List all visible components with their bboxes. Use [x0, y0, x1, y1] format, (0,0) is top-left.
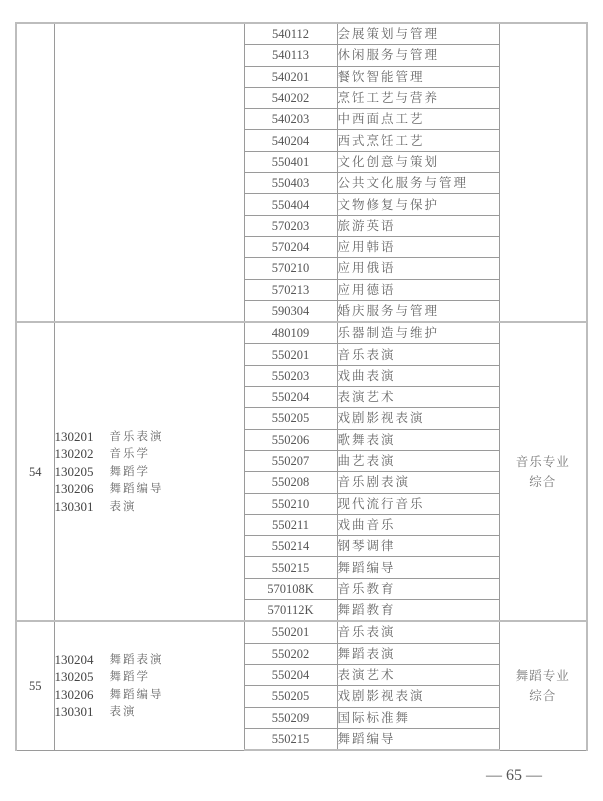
vocational-major-code: 550201: [244, 621, 337, 643]
major-name: 舞蹈编导: [110, 480, 164, 498]
table-row: 55130204舞蹈表演130205舞蹈学130206舞蹈编导130301表演5…: [16, 621, 587, 643]
vocational-major-name: 婚庆服务与管理: [337, 300, 499, 322]
vocational-major-code: 480109: [244, 322, 337, 344]
vocational-major-code: 540201: [244, 66, 337, 87]
major-correspondence-table: 540112会展策划与管理540113休闲服务与管理540201餐饮智能管理54…: [15, 22, 588, 751]
vocational-major-code: 550205: [244, 686, 337, 707]
section-number: [16, 23, 54, 322]
vocational-major-name: 中西面点工艺: [337, 109, 499, 130]
vocational-major-code: 540112: [244, 23, 337, 45]
vocational-major-name: 舞蹈编导: [337, 557, 499, 578]
major-name: 舞蹈学: [110, 463, 151, 481]
vocational-major-code: 570213: [244, 279, 337, 300]
vocational-major-name: 文物修复与保护: [337, 194, 499, 215]
vocational-major-code: 550205: [244, 408, 337, 429]
major-name: 表演: [110, 498, 137, 516]
exam-subject-line: 综合: [500, 472, 587, 492]
vocational-major-name: 舞蹈教育: [337, 600, 499, 622]
vocational-major-name: 西式烹饪工艺: [337, 130, 499, 151]
vocational-major-code: 550203: [244, 365, 337, 386]
vocational-major-code: 570108K: [244, 578, 337, 599]
vocational-major-code: 550215: [244, 728, 337, 750]
vocational-major-name: 音乐教育: [337, 578, 499, 599]
vocational-major-code: 550202: [244, 643, 337, 664]
vocational-major-code: 550214: [244, 536, 337, 557]
exam-subject-line: 综合: [500, 686, 587, 706]
major-item: 130205舞蹈学: [55, 668, 244, 686]
vocational-major-code: 550211: [244, 514, 337, 535]
vocational-major-code: 550208: [244, 472, 337, 493]
vocational-major-name: 应用德语: [337, 279, 499, 300]
exam-subject-cell: 音乐专业综合: [499, 322, 587, 621]
vocational-major-code: 550204: [244, 664, 337, 685]
major-item: 130301表演: [55, 498, 244, 516]
vocational-major-name: 乐器制造与维护: [337, 322, 499, 344]
vocational-major-name: 戏曲表演: [337, 365, 499, 386]
vocational-major-name: 舞蹈编导: [337, 728, 499, 750]
vocational-major-name: 音乐表演: [337, 344, 499, 365]
vocational-major-code: 540113: [244, 45, 337, 66]
major-name: 音乐学: [110, 445, 151, 463]
table-row: 54130201音乐表演130202音乐学130205舞蹈学130206舞蹈编导…: [16, 322, 587, 344]
major-item: 130206舞蹈编导: [55, 480, 244, 498]
vocational-major-code: 540204: [244, 130, 337, 151]
vocational-major-name: 文化创意与策划: [337, 151, 499, 172]
vocational-major-code: 550209: [244, 707, 337, 728]
vocational-major-name: 音乐表演: [337, 621, 499, 643]
vocational-major-name: 餐饮智能管理: [337, 66, 499, 87]
vocational-major-name: 表演艺术: [337, 664, 499, 685]
undergraduate-majors-cell: 130204舞蹈表演130205舞蹈学130206舞蹈编导130301表演: [54, 621, 244, 750]
vocational-major-code: 550204: [244, 387, 337, 408]
undergraduate-majors-cell: 130201音乐表演130202音乐学130205舞蹈学130206舞蹈编导13…: [54, 322, 244, 621]
vocational-major-code: 550206: [244, 429, 337, 450]
vocational-major-name: 应用俄语: [337, 258, 499, 279]
exam-subject-line: 舞蹈专业: [500, 666, 587, 686]
major-code: 130301: [55, 703, 110, 721]
vocational-major-name: 会展策划与管理: [337, 23, 499, 45]
major-code: 130205: [55, 463, 110, 481]
major-item: 130201音乐表演: [55, 428, 244, 446]
major-item: 130205舞蹈学: [55, 463, 244, 481]
vocational-major-name: 旅游英语: [337, 215, 499, 236]
major-code: 130201: [55, 428, 110, 446]
major-name: 舞蹈学: [110, 668, 151, 686]
exam-subject-line: 音乐专业: [500, 452, 587, 472]
vocational-major-name: 戏剧影视表演: [337, 408, 499, 429]
vocational-major-name: 休闲服务与管理: [337, 45, 499, 66]
table-body: 540112会展策划与管理540113休闲服务与管理540201餐饮智能管理54…: [16, 23, 587, 750]
major-code: 130206: [55, 686, 110, 704]
major-code: 130206: [55, 480, 110, 498]
exam-subject-cell: 舞蹈专业综合: [499, 621, 587, 750]
vocational-major-name: 舞蹈表演: [337, 643, 499, 664]
major-code: 130204: [55, 651, 110, 669]
table-row: 540112会展策划与管理: [16, 23, 587, 45]
vocational-major-code: 570210: [244, 258, 337, 279]
vocational-major-name: 应用韩语: [337, 236, 499, 257]
vocational-major-code: 550215: [244, 557, 337, 578]
major-name: 音乐表演: [110, 428, 164, 446]
exam-subject-cell: [499, 23, 587, 322]
vocational-major-code: 570203: [244, 215, 337, 236]
vocational-major-name: 现代流行音乐: [337, 493, 499, 514]
vocational-major-code: 550207: [244, 450, 337, 471]
vocational-major-code: 570204: [244, 236, 337, 257]
major-item: 130206舞蹈编导: [55, 686, 244, 704]
major-item: 130301表演: [55, 703, 244, 721]
major-name: 舞蹈编导: [110, 686, 164, 704]
undergraduate-majors-cell: [54, 23, 244, 322]
vocational-major-code: 550201: [244, 344, 337, 365]
vocational-major-code: 540202: [244, 87, 337, 108]
major-name: 表演: [110, 703, 137, 721]
vocational-major-code: 550401: [244, 151, 337, 172]
major-code: 130202: [55, 445, 110, 463]
vocational-major-code: 550403: [244, 173, 337, 194]
vocational-major-name: 歌舞表演: [337, 429, 499, 450]
vocational-major-name: 曲艺表演: [337, 450, 499, 471]
major-item: 130204舞蹈表演: [55, 651, 244, 669]
vocational-major-name: 钢琴调律: [337, 536, 499, 557]
vocational-major-code: 540203: [244, 109, 337, 130]
vocational-major-code: 550404: [244, 194, 337, 215]
section-number: 55: [16, 621, 54, 750]
major-code: 130301: [55, 498, 110, 516]
section-number: 54: [16, 322, 54, 621]
major-code: 130205: [55, 668, 110, 686]
vocational-major-name: 公共文化服务与管理: [337, 173, 499, 194]
vocational-major-name: 表演艺术: [337, 387, 499, 408]
vocational-major-name: 烹饪工艺与营养: [337, 87, 499, 108]
page-number: — 65 —: [486, 767, 542, 785]
vocational-major-name: 国际标准舞: [337, 707, 499, 728]
document-page: 540112会展策划与管理540113休闲服务与管理540201餐饮智能管理54…: [0, 0, 603, 801]
vocational-major-code: 590304: [244, 300, 337, 322]
major-item: 130202音乐学: [55, 445, 244, 463]
vocational-major-name: 戏剧影视表演: [337, 686, 499, 707]
vocational-major-code: 550210: [244, 493, 337, 514]
vocational-major-name: 音乐剧表演: [337, 472, 499, 493]
vocational-major-code: 570112K: [244, 600, 337, 622]
vocational-major-name: 戏曲音乐: [337, 514, 499, 535]
major-name: 舞蹈表演: [110, 651, 164, 669]
